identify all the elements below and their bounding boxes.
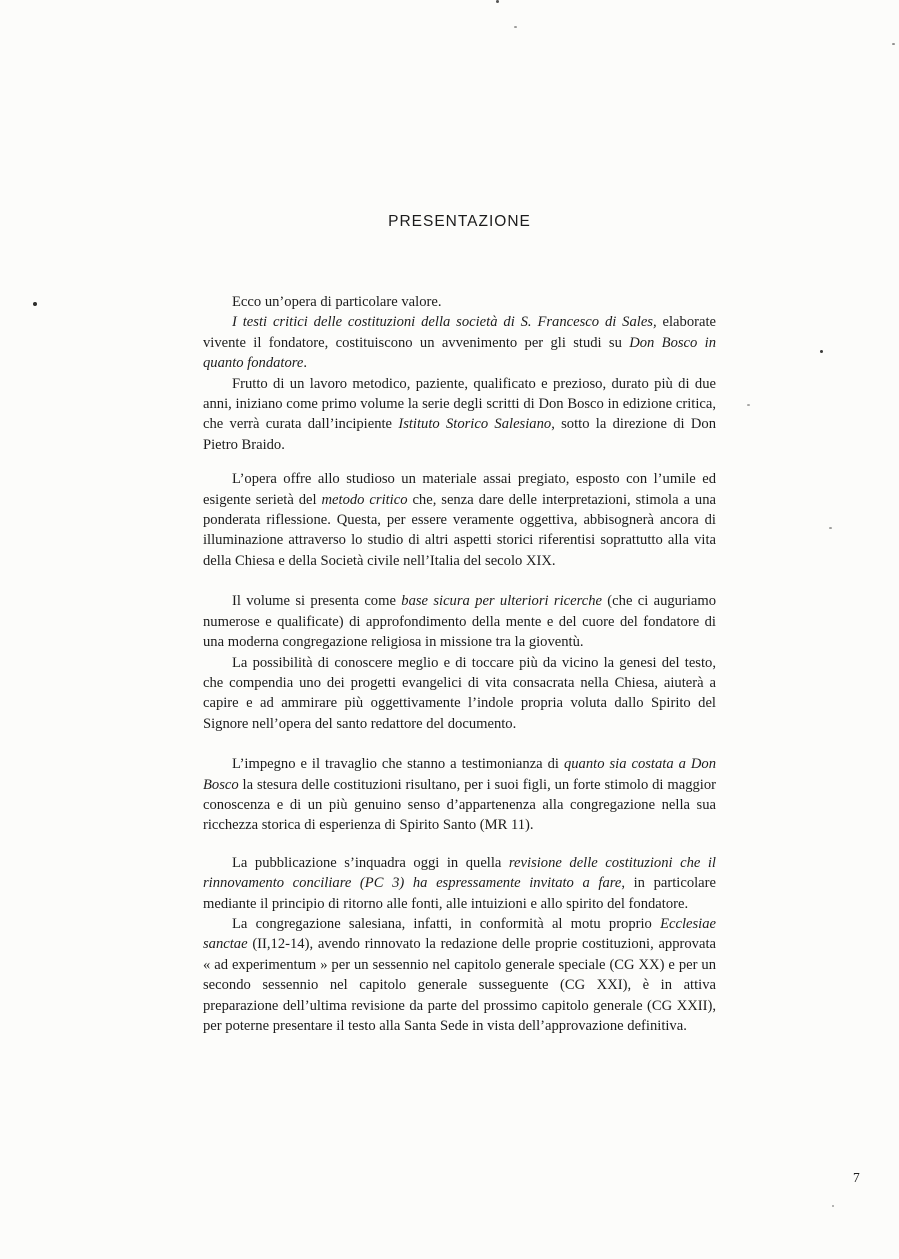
document-body: Ecco un’opera di particolare valore.I te… [203, 292, 716, 1036]
text-section: L’opera offre allo studioso un materiale… [203, 469, 716, 571]
italic-run: Istituto Storico Salesiano [398, 416, 551, 432]
text-run: Ecco un’opera di particolare valore. [232, 294, 441, 310]
scan-speck [820, 350, 823, 353]
italic-run: I testi critici delle costituzioni della… [232, 314, 657, 330]
paragraph: Ecco un’opera di particolare valore. [203, 292, 716, 312]
paragraph: I testi critici delle costituzioni della… [203, 312, 716, 373]
text-run: la stesura delle costituzioni risultano,… [203, 777, 716, 834]
scan-speck [747, 404, 750, 406]
paragraph: Frutto di un lavoro metodico, paziente, … [203, 374, 716, 456]
text-section: Il volume si presenta come base sicura p… [203, 591, 716, 734]
text-run: La congregazione salesiana, infatti, in … [232, 916, 660, 932]
text-section: Ecco un’opera di particolare valore.I te… [203, 292, 716, 455]
page-title: PRESENTAZIONE [203, 213, 716, 231]
paragraph: Il volume si presenta come base sicura p… [203, 591, 716, 652]
paragraph: La congregazione salesiana, infatti, in … [203, 914, 716, 1036]
text-run: La pubblicazione s’inquadra oggi in quel… [232, 855, 509, 871]
text-section: L’impegno e il travaglio che stanno a te… [203, 754, 716, 836]
scan-speck [33, 302, 37, 306]
scan-speck [514, 26, 517, 28]
scan-speck [892, 43, 895, 45]
text-run: La possibilità di conoscere meglio e di … [203, 655, 716, 732]
page-number: 7 [853, 1170, 860, 1186]
scan-speck [832, 1205, 834, 1207]
paragraph: La pubblicazione s’inquadra oggi in quel… [203, 853, 716, 914]
text-section: La pubblicazione s’inquadra oggi in quel… [203, 853, 716, 1037]
text-run: (II,12-14), avendo rinnovato la redazion… [203, 936, 716, 1034]
text-run: . [303, 355, 307, 371]
paragraph: La possibilità di conoscere meglio e di … [203, 653, 716, 735]
italic-run: metodo critico [322, 492, 408, 508]
text-run: Il volume si presenta come [232, 593, 401, 609]
italic-run: base sicura per ulteriori ricerche [401, 593, 602, 609]
scan-speck [829, 527, 832, 529]
scanned-page: PRESENTAZIONE Ecco un’opera di particola… [0, 0, 899, 1259]
paragraph: L’opera offre allo studioso un materiale… [203, 469, 716, 571]
paragraph: L’impegno e il travaglio che stanno a te… [203, 754, 716, 836]
scan-speck [496, 0, 499, 3]
text-run: L’impegno e il travaglio che stanno a te… [232, 756, 564, 772]
